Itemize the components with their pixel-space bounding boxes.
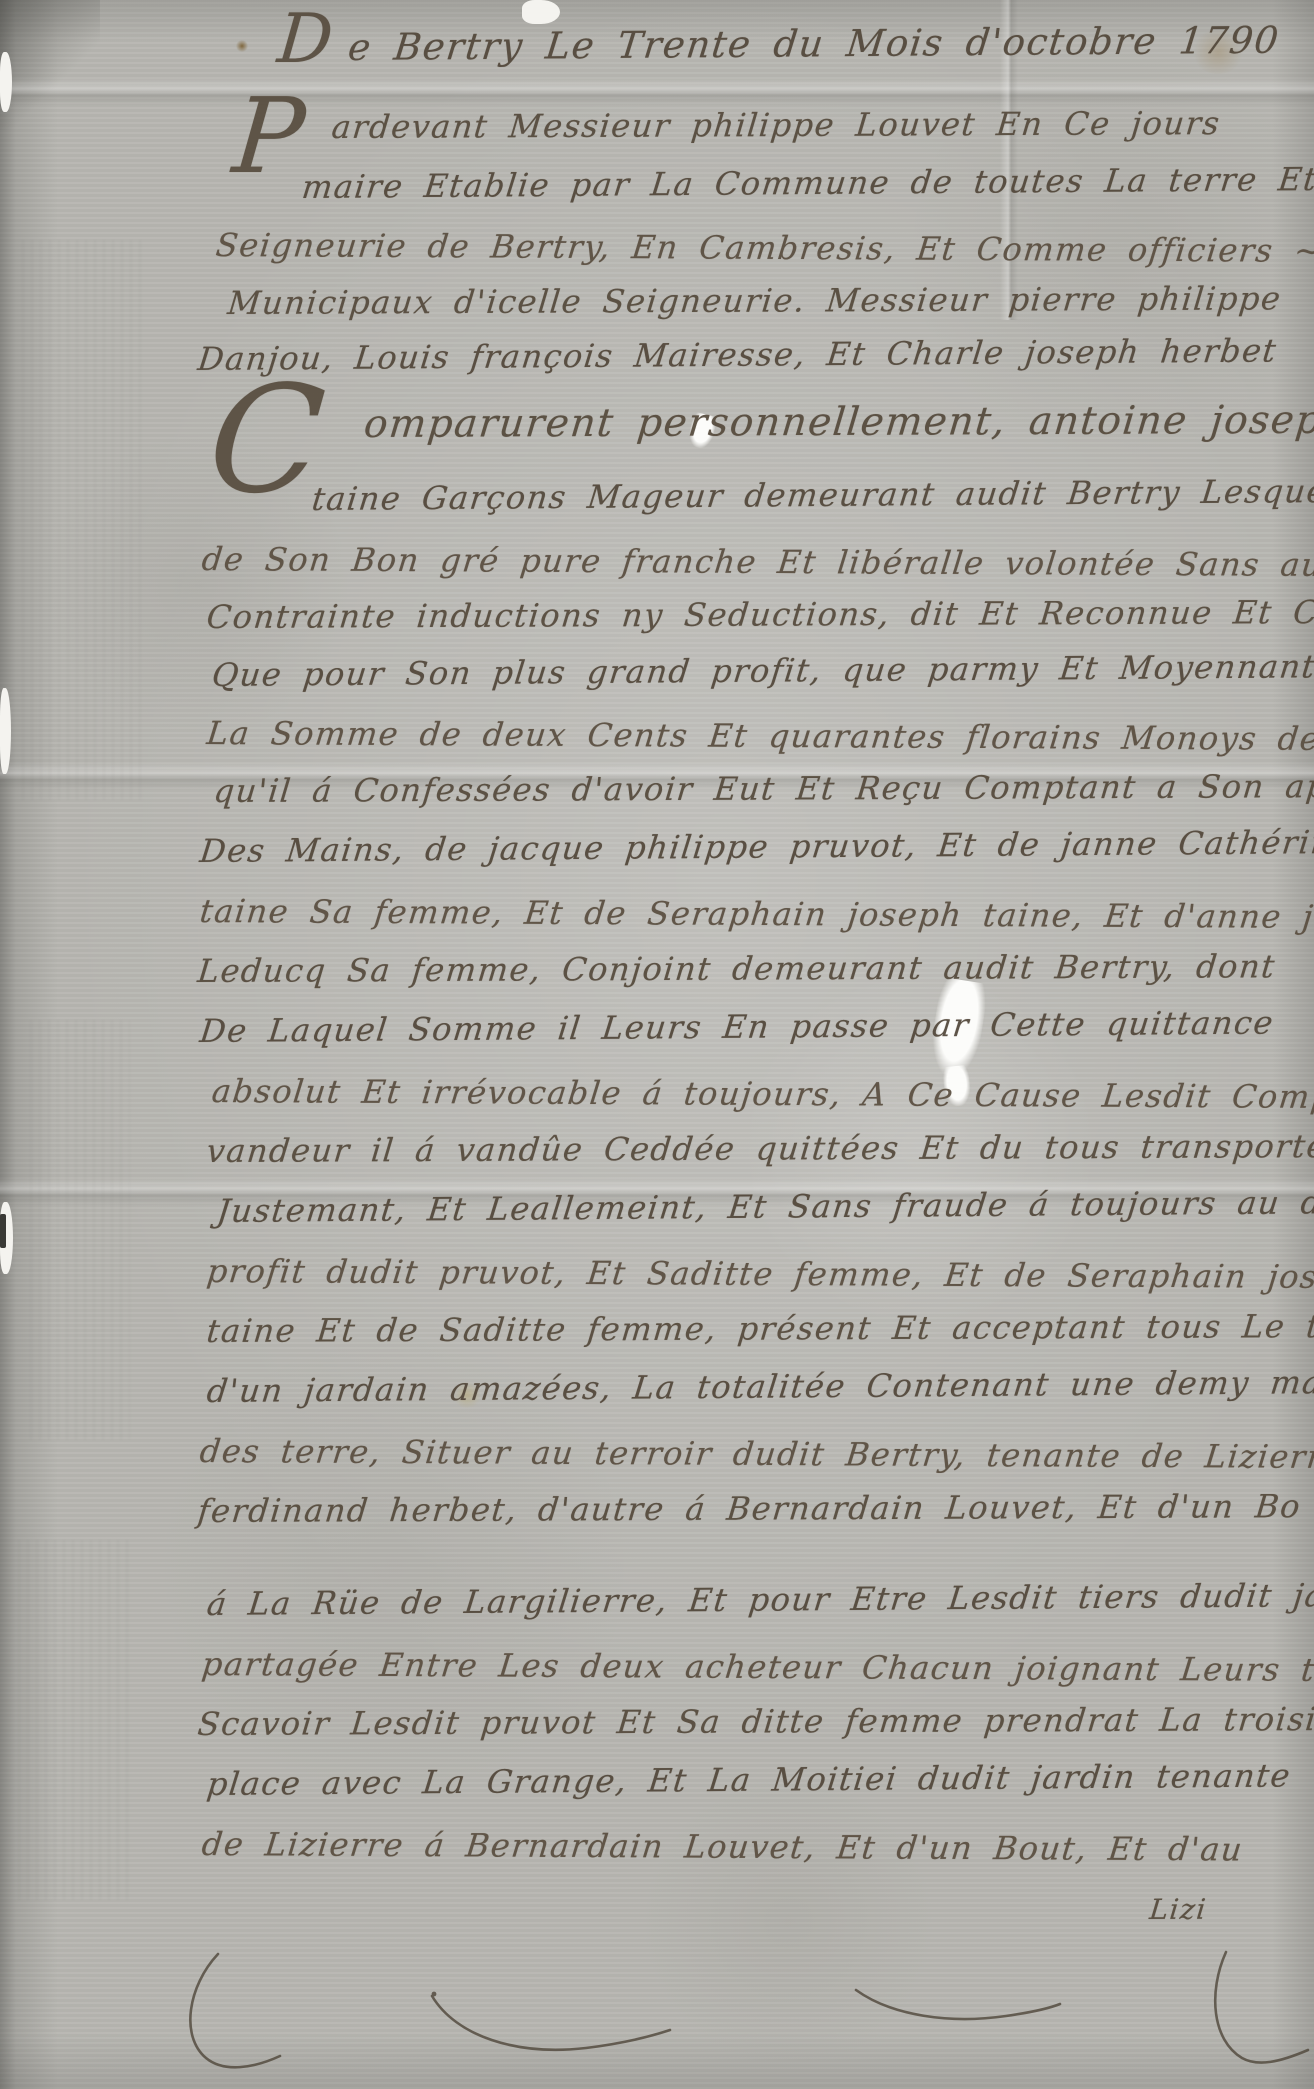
- manuscript-line: Danjou, Louis françois Mairesse, Et Char…: [196, 332, 1279, 378]
- manuscript-line: Leducq Sa femme, Conjoint demeurant audi…: [196, 947, 1278, 990]
- manuscript-line: absolut Et irrévocable á toujours, A Ce …: [210, 1072, 1314, 1116]
- manuscript-line: maire Etablie par La Commune de toutes L…: [300, 160, 1314, 206]
- manuscript-line: vandeur il á vandûe Ceddée quittées Et d…: [205, 1127, 1314, 1170]
- manuscript-line: d'un jardain amazées, La totalitée Conte…: [205, 1363, 1314, 1410]
- manuscript-line: ardevant Messieur philippe Louvet En Ce …: [330, 104, 1222, 146]
- manuscript-line: place avec La Grange, Et La Moitiei dudi…: [205, 1756, 1293, 1803]
- manuscript-line: partagée Entre Les deux acheteur Chacun …: [200, 1645, 1314, 1689]
- manuscript-line: La Somme de deux Cents Et quarantes flor…: [205, 714, 1314, 758]
- heading-line: e Bertry Le Trente du Mois d'octobre 179…: [346, 19, 1282, 69]
- manuscript-line: Des Mains, de jacque philippe pruvot, Et…: [198, 823, 1314, 870]
- manuscript-line: de Lizierre á Bernardain Louvet, Et d'un…: [200, 1825, 1245, 1868]
- manuscript-line: taine Sa femme, Et de Seraphain joseph t…: [198, 892, 1314, 936]
- manuscript-line: profit dudit pruvot, Et Saditte femme, E…: [205, 1252, 1314, 1296]
- manuscript-line: omparurent personnellement, antoine jose…: [362, 398, 1314, 447]
- drop-cap-p: P: [229, 84, 308, 188]
- manuscript-line: á La Rüe de Largilierre, Et pour Etre Le…: [205, 1576, 1314, 1623]
- manuscript-line: taine Garçons Mageur demeurant audit Ber…: [310, 472, 1314, 518]
- manuscript-page: D e Bertry Le Trente du Mois d'octobre 1…: [0, 0, 1314, 2089]
- manuscript-line: qu'il á Confessées d'avoir Eut Et Reçu C…: [212, 767, 1314, 810]
- drop-cap-c: C: [204, 366, 330, 514]
- catchword-note: Lizi: [1148, 1893, 1209, 1926]
- handwritten-text: D e Bertry Le Trente du Mois d'octobre 1…: [0, 0, 1314, 2089]
- manuscript-line: De Laquel Somme il Leurs En passe par Ce…: [198, 1004, 1276, 1050]
- manuscript-line: de Son Bon gré pure franche Et libéralle…: [200, 540, 1314, 584]
- manuscript-line: Que pour Son plus grand profit, que parm…: [210, 647, 1314, 694]
- pen-flourish: [150, 1942, 1310, 2082]
- manuscript-line: Municipaux d'icelle Seigneurie. Messieur…: [226, 279, 1283, 322]
- manuscript-line: Seigneurie de Bertry, En Cambresis, Et C…: [214, 226, 1314, 270]
- manuscript-line: Contrainte inductions ny Seductions, dit…: [205, 593, 1314, 636]
- manuscript-line: Justemant, Et Leallemeint, Et Sans fraud…: [215, 1183, 1314, 1230]
- manuscript-line: Scavoir Lesdit pruvot Et Sa ditte femme …: [196, 1700, 1314, 1743]
- manuscript-line: taine Et de Saditte femme, présent Et ac…: [205, 1307, 1314, 1350]
- manuscript-line: ferdinand herbet, d'autre á Bernardain L…: [196, 1487, 1303, 1530]
- manuscript-line: des terre, Situer au terroir dudit Bertr…: [198, 1432, 1314, 1476]
- drop-cap-d: D: [275, 6, 335, 74]
